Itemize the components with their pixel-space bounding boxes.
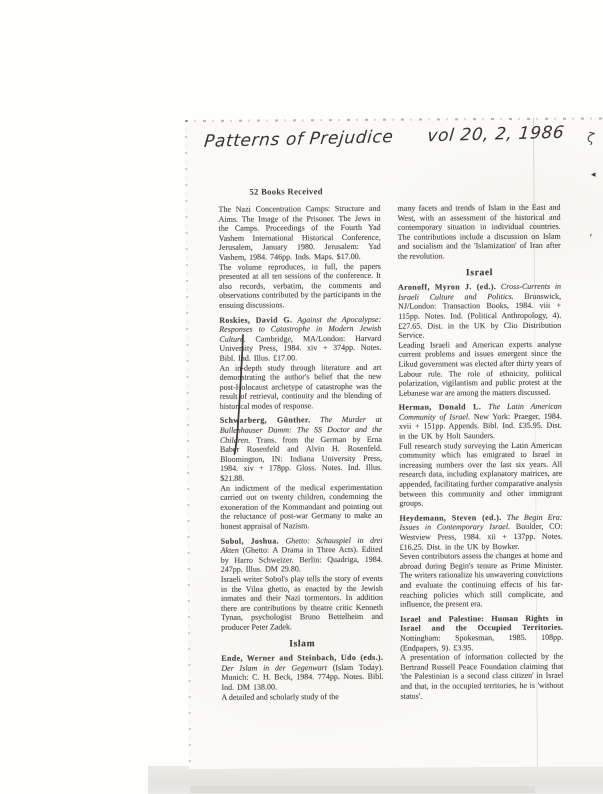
entry-citation: Aronoff, Myron J. (ed.). Cross-Currents … [398, 282, 561, 341]
book-entry: Herman, Donald L. The Latin American Com… [399, 402, 563, 509]
entry-description: many facets and trends of Islam in the E… [398, 203, 561, 262]
entry-citation: Israel and Palestine: Human Rights in Is… [400, 613, 563, 652]
scanned-document: Patterns of Prejudice vol 20, 2, 1986 52… [0, 0, 603, 794]
entry-description: The volume reproduces, in full, the pape… [219, 261, 381, 310]
journal-title-handwritten: Patterns of Prejudice [203, 127, 394, 152]
section-heading-islam: Islam [221, 638, 383, 649]
entry-description: Leading Israeli and American experts ana… [398, 339, 561, 398]
entry-author: Roskies, David G. [219, 315, 292, 324]
entry-description: A detailed and scholarly study of the [221, 691, 383, 702]
book-entry: Aronoff, Myron J. (ed.). Cross-Currents … [398, 282, 562, 398]
column-right: many facets and trends of Islam in the E… [398, 203, 564, 706]
page-top-edge [185, 117, 603, 122]
page-left-edge [185, 120, 191, 769]
entry-imprint: Nottingham: Spokesman, 1985. 108pp. (End… [400, 633, 563, 653]
scan-page: Patterns of Prejudice vol 20, 2, 1986 52… [185, 117, 603, 769]
entry-description: An indictment of the medical experimenta… [220, 482, 382, 531]
scanner-shadow-strip [190, 786, 535, 793]
entry-description: A presentation of information collected … [400, 652, 563, 701]
entry-description: Seven contributors assess the changes at… [400, 551, 563, 610]
book-entry: Sobol, Joshua. Ghetto: Schauspiel in dre… [221, 535, 384, 632]
margin-pen-mark-icon [231, 332, 247, 458]
entry-citation: Herman, Donald L. The Latin American Com… [399, 402, 562, 441]
books-received-header: 52 Books Received [249, 186, 322, 196]
entry-description: Israeli writer Sobol's play tells the st… [221, 574, 383, 633]
book-entry: Heydemann, Steven (ed.). The Begin Era: … [399, 513, 563, 610]
entry-citation: Sobol, Joshua. Ghetto: Schauspiel in dre… [221, 535, 383, 574]
entry-title: Der Islam in der Gegenwart [221, 663, 327, 673]
scan-artifact-triangle-icon: ◂ [591, 170, 596, 180]
book-entry: Ende, Werner and Steinbach, Udo (eds.). … [221, 653, 383, 702]
entry-title: Israel and Palestine: Human Rights in Is… [400, 613, 563, 633]
section-heading-israel: Israel [398, 267, 561, 278]
scan-artifact-tick-icon: ’ [589, 232, 593, 245]
entry-author: Herman, Donald L. [399, 402, 481, 412]
entry-imprint: (Ghetto: A Drama in Three Acts). Edited … [221, 545, 383, 574]
entry-continuation: many facets and trends of Islam in the E… [398, 203, 561, 262]
entry-citation: Heydemann, Steven (ed.). The Begin Era: … [399, 513, 562, 552]
entry-author: Aronoff, Myron J. (ed.). [398, 282, 496, 292]
entry-citation: Ende, Werner and Steinbach, Udo (eds.). … [221, 653, 383, 692]
entry-description: Full research study surveying the Latin … [399, 440, 562, 508]
issue-handwritten: vol 20, 2, 1986 [426, 123, 565, 147]
entry-author: Sobol, Joshua. [221, 536, 280, 545]
entry-author: Heydemann, Steven (ed.). [399, 513, 501, 523]
book-entry: Israel and Palestine: Human Rights in Is… [400, 613, 564, 700]
entry-author: Ende, Werner and Steinbach, Udo (eds.). [221, 653, 383, 663]
entry-citation: The Nazi Concentration Camps: Structure … [219, 204, 381, 263]
book-entry: The Nazi Concentration Camps: Structure … [219, 204, 382, 311]
handwritten-annotation: Patterns of Prejudice vol 20, 2, 1986 [203, 123, 565, 152]
